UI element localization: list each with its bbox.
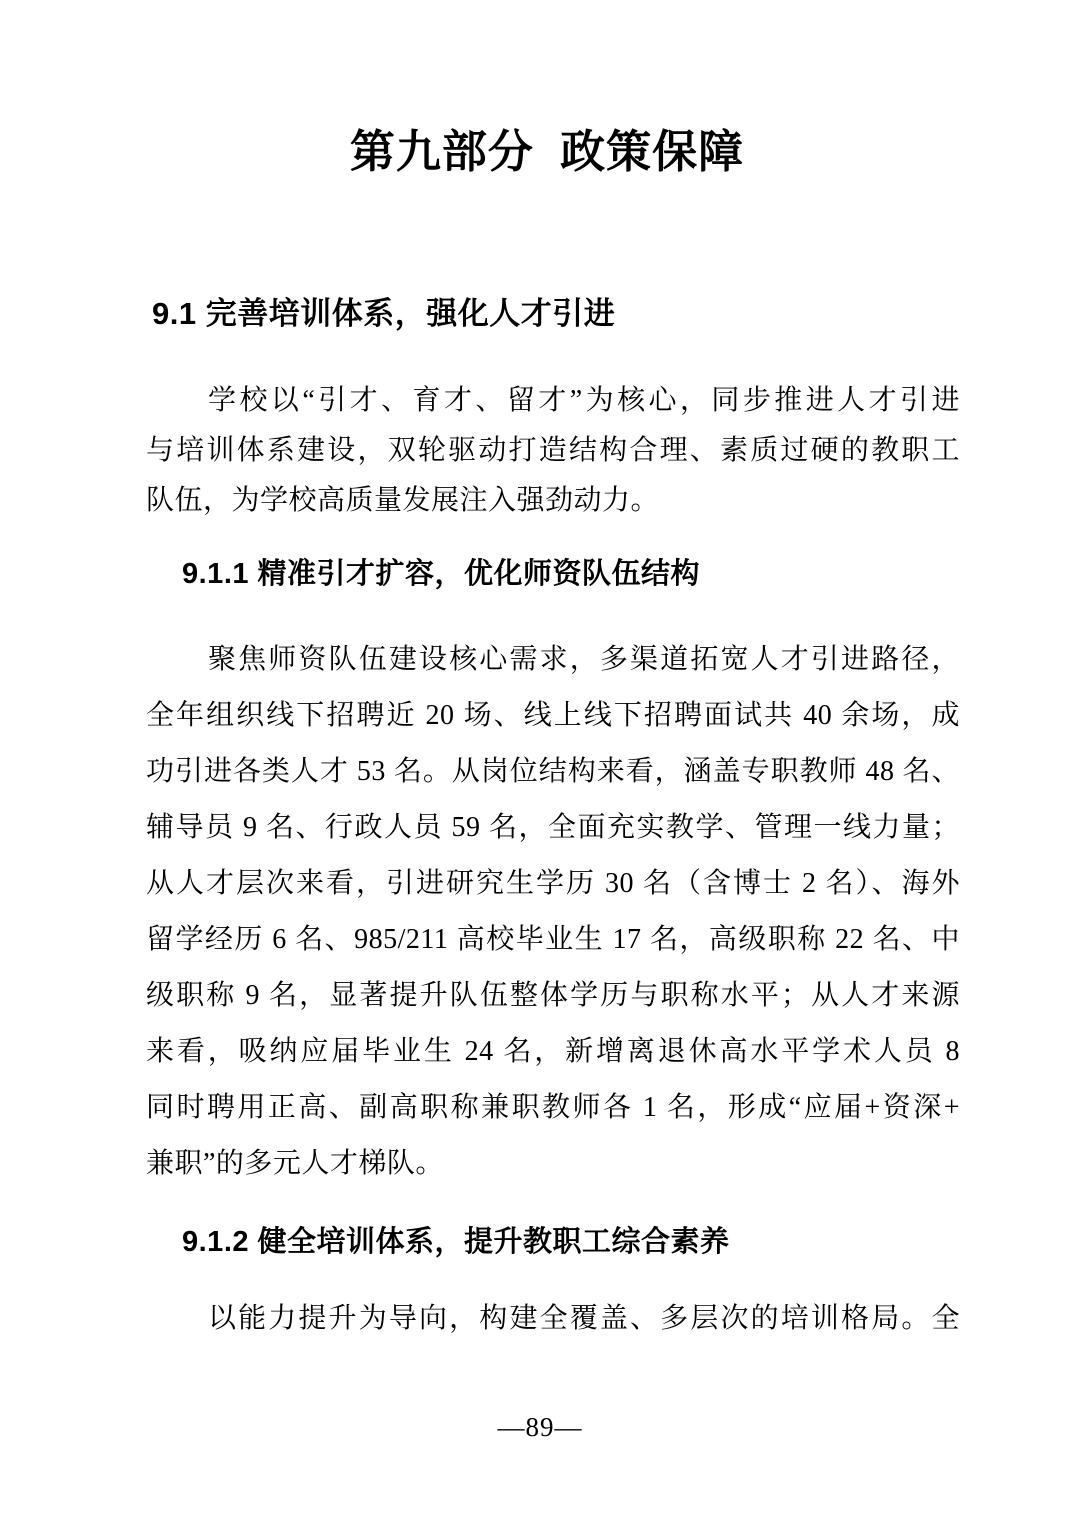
text-line: 聚焦师资队伍建设核心需求，多渠道拓宽人才引进路径，: [146, 632, 960, 688]
text-line: 与培训体系建设，双轮驱动打造结构合理、素质过硬的教职工: [146, 426, 960, 476]
text-line: 从人才层次来看，引进研究生学历 30 名（含博士 2 名）、海外: [146, 856, 960, 912]
heading-9-1-2: 9.1.2 健全培训体系，提升教职工综合素养: [182, 1223, 730, 1261]
paragraph-intro: 学校以“引才、育才、留才”为核心，同步推进人才引进与培训体系建设，双轮驱动打造结…: [146, 376, 960, 526]
text-line: 学校以“引才、育才、留才”为核心，同步推进人才引进: [146, 376, 960, 426]
text-line: 队伍，为学校高质量发展注入强劲动力。: [146, 476, 960, 526]
page-number: —89—: [0, 1409, 1080, 1445]
text-line: 兼职”的多元人才梯队。: [146, 1136, 960, 1192]
paragraph-training-system: 以能力提升为导向，构建全覆盖、多层次的培训格局。全: [146, 1296, 960, 1342]
heading-9-1: 9.1 完善培训体系，强化人才引进: [152, 294, 615, 334]
text-line: 来看，吸纳应届毕业生 24 名，新增离退休高水平学术人员 8 名，: [146, 1024, 960, 1080]
document-title: 第九部分 政策保障: [0, 124, 1080, 180]
text-line: 以能力提升为导向，构建全覆盖、多层次的培训格局。全: [146, 1296, 960, 1342]
text-line: 留学经历 6 名、985/211 高校毕业生 17 名，高级职称 22 名、中: [146, 912, 960, 968]
text-line: 功引进各类人才 53 名。从岗位结构来看，涵盖专职教师 48 名、: [146, 744, 960, 800]
document-page: 第九部分 政策保障 9.1 完善培训体系，强化人才引进 学校以“引才、育才、留才…: [0, 0, 1080, 1527]
text-line: 辅导员 9 名、行政人员 59 名，全面充实教学、管理一线力量；: [146, 800, 960, 856]
text-line: 同时聘用正高、副高职称兼职教师各 1 名，形成“应届+资深+: [146, 1080, 960, 1136]
text-line: 级职称 9 名，显著提升队伍整体学历与职称水平；从人才来源: [146, 968, 960, 1024]
paragraph-talent-recruitment: 聚焦师资队伍建设核心需求，多渠道拓宽人才引进路径，全年组织线下招聘近 20 场、…: [146, 632, 960, 1192]
text-line: 全年组织线下招聘近 20 场、线上线下招聘面试共 40 余场，成: [146, 688, 960, 744]
heading-9-1-1: 9.1.1 精准引才扩容，优化师资队伍结构: [182, 555, 700, 593]
